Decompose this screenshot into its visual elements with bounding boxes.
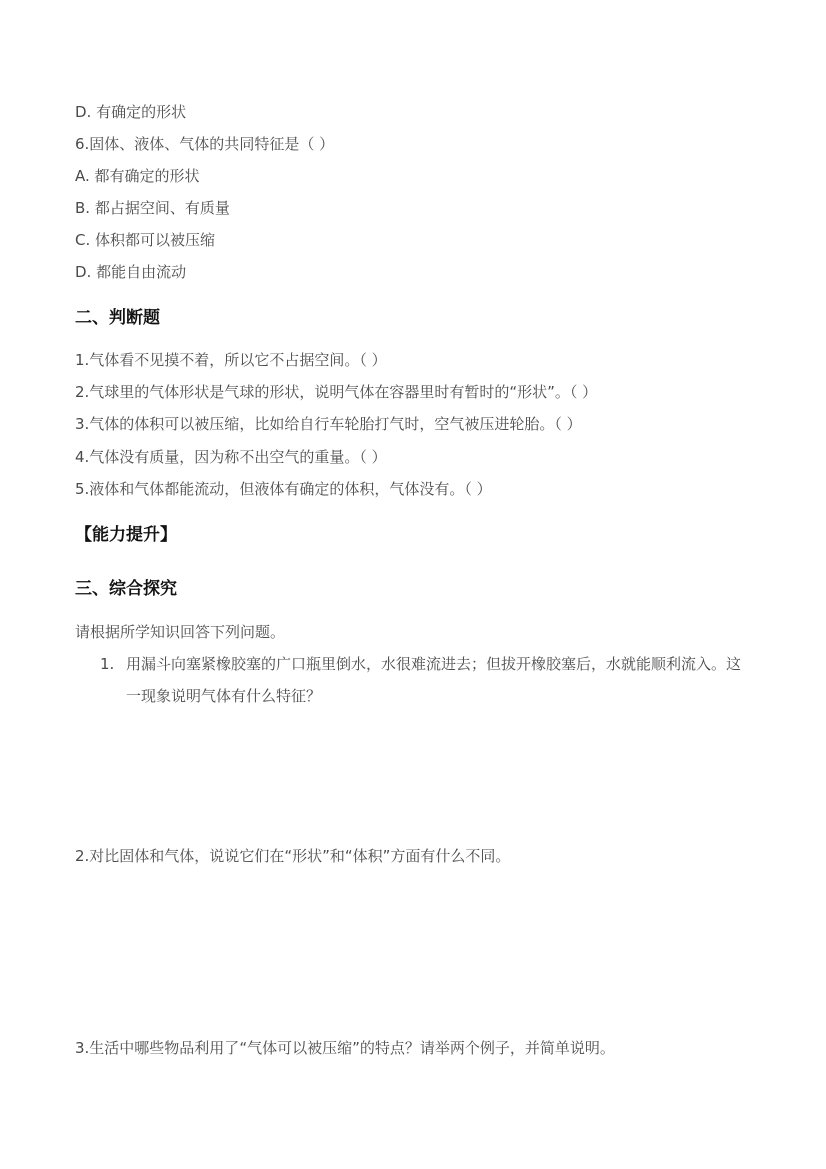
judge-item-4: 4.气体没有质量，因为称不出空气的重量。（ ） [75,447,387,467]
q1-number: 1. [100,654,114,674]
q6-option-a: A. 都有确定的形状 [75,166,200,186]
judge-item-3: 3.气体的体积可以被压缩，比如给自行车轮胎打气时，空气被压进轮胎。（ ） [75,414,582,434]
q5-option-d: D. 有确定的形状 [75,102,186,122]
q3-text: 3.生活中哪些物品利用了“气体可以被压缩”的特点？请举两个例子，并简单说明。 [75,1038,615,1058]
q6-option-c: C. 体积都可以被压缩 [75,230,215,250]
section3-title: 三、综合探究 [75,578,177,600]
q6-option-b: B. 都占据空间、有质量 [75,198,230,218]
ability-title: 【能力提升】 [75,524,177,546]
judge-item-1: 1.气体看不见摸不着，所以它不占据空间。（ ） [75,350,387,370]
q6-option-d: D. 都能自由流动 [75,262,186,282]
judge-item-2: 2.气球里的气体形状是气球的形状，说明气体在容器里时有暂时的“形状”。（ ） [75,382,597,402]
section3-intro: 请根据所学知识回答下列问题。 [75,622,285,642]
q1-text: 用漏斗向塞紧橡胶塞的广口瓶里倒水，水很难流进去；但拔开橡胶塞后，水就能顺利流入。… [126,648,746,712]
q2-text: 2.对比固体和气体，说说它们在“形状”和“体积”方面有什么不同。 [75,846,510,866]
judge-item-5: 5.液体和气体都能流动，但液体有确定的体积，气体没有。（ ） [75,479,492,499]
q6-stem: 6.固体、液体、气体的共同特征是（ ） [75,134,334,154]
section2-title: 二、判断题 [75,307,160,329]
